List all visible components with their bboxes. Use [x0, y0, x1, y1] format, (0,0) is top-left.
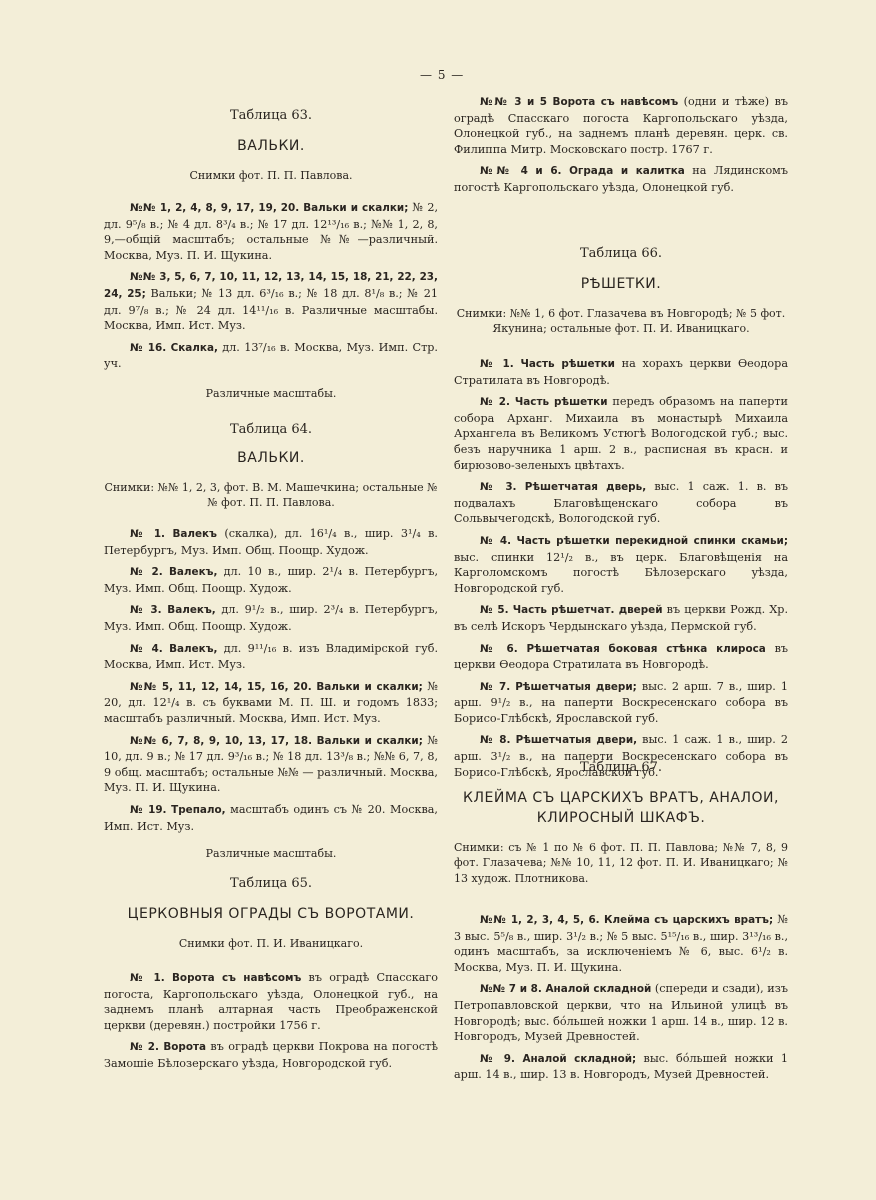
entry-number: № 19. Трепало,	[130, 804, 226, 816]
entry-number: №№ 6, 7, 8, 9, 10, 13, 17, 18. Вальки и …	[130, 735, 423, 747]
table-66-entries: № 1. Часть рѣшетки на хорахъ церкви Ѳеод…	[454, 356, 788, 786]
photo-credits: Снимки: №№ 1, 2, 3, фот. В. М. Машечкина…	[104, 480, 438, 511]
entry: № 19. Трепало, масштабъ одинъ съ № 20. М…	[104, 802, 438, 834]
entry-number: № 2. Часть рѣшетки	[480, 396, 608, 408]
entry-number: № 1. Часть рѣшетки	[480, 358, 615, 370]
entry: № 16. Скалка, дл. 13⁷/₁₆ в. Москва, Муз.…	[104, 340, 438, 372]
table-title: РѢШЕТКИ.	[454, 274, 788, 294]
entry-number: №№ 1, 2, 3, 4, 5, 6. Клейма съ царскихъ …	[480, 914, 773, 926]
entry: №№ 3 и 5 Ворота съ навѣсомъ (одни и тѣже…	[454, 94, 788, 157]
entry: № 2. Часть рѣшетки передъ образомъ на па…	[454, 394, 788, 473]
table-title: КЛЕЙМА СЪ ЦАРСКИХЪ ВРАТЪ, АНАЛОИ, КЛИРОС…	[454, 788, 788, 828]
photo-credits: Снимки фот. П. П. Павлова.	[104, 168, 438, 184]
entry: №№ 1, 2, 4, 8, 9, 17, 19, 20. Вальки и с…	[104, 200, 438, 263]
table-heading: Таблица 67.	[454, 760, 788, 776]
table-heading: Таблица 63.	[104, 108, 438, 124]
table-67: Таблица 67. КЛЕЙМА СЪ ЦАРСКИХЪ ВРАТЪ, АН…	[454, 760, 788, 886]
entry-number: № 2. Валекъ,	[130, 566, 217, 578]
table-67-entries: №№ 1, 2, 3, 4, 5, 6. Клейма съ царскихъ …	[454, 912, 788, 1089]
table-title: ЦЕРКОВНЫЯ ОГРАДЫ СЪ ВОРОТАМИ.	[104, 904, 438, 924]
page-number: — 5 —	[420, 68, 464, 82]
entry: №№ 7 и 8. Аналой складной (спереди и сза…	[454, 981, 788, 1044]
entry: № 3. Рѣшетчатая дверь, выс. 1 саж. 1. в.…	[454, 479, 788, 527]
entry: №№ 4 и 6. Ограда и калитка на Лядинскомъ…	[454, 163, 788, 195]
entry-number: № 2. Ворота	[130, 1041, 206, 1053]
entry: №№ 3, 5, 6, 7, 10, 11, 12, 13, 14, 15, 1…	[104, 269, 438, 333]
entry-text: Вальки; № 13 дл. 6³/₁₆ в.; № 18 дл. 8¹/₈…	[104, 287, 438, 332]
entry: №№ 5, 11, 12, 14, 15, 16, 20. Вальки и с…	[104, 679, 438, 727]
table-63: Таблица 63. ВАЛЬКИ. Снимки фот. П. П. Па…	[104, 108, 438, 183]
entry-number: №№ 7 и 8. Аналой складной	[480, 983, 651, 995]
entry-number: №№ 4 и 6. Ограда и калитка	[480, 165, 685, 177]
entry-text: выс. спинки 12¹/₂ в., въ церк. Благовѣще…	[454, 551, 788, 595]
entry: № 1. Ворота съ навѣсомъ въ оградѣ Спасск…	[104, 970, 438, 1033]
entry-number: № 4. Валекъ,	[130, 643, 217, 655]
entry: №№ 1, 2, 3, 4, 5, 6. Клейма съ царскихъ …	[454, 912, 788, 975]
table-title: ВАЛЬКИ.	[104, 448, 438, 468]
entry: № 6. Рѣшетчатая боковая стѣнка клироса в…	[454, 641, 788, 673]
scale-note: Различные масштабы.	[104, 386, 438, 402]
entry: № 1. Часть рѣшетки на хорахъ церкви Ѳеод…	[454, 356, 788, 388]
table-heading: Таблица 65.	[104, 876, 438, 892]
entry: №№ 6, 7, 8, 9, 10, 13, 17, 18. Вальки и …	[104, 733, 438, 796]
table-66: Таблица 66. РѢШЕТКИ. Снимки: №№ 1, 6 фот…	[454, 246, 788, 337]
entry-number: № 3. Валекъ,	[130, 604, 216, 616]
entry-number: № 3. Рѣшетчатая дверь,	[480, 481, 646, 493]
entry-number: № 5. Часть рѣшетчат. дверей	[480, 604, 662, 616]
entry: № 5. Часть рѣшетчат. дверей въ церкви Ро…	[454, 602, 788, 634]
table-heading: Таблица 66.	[454, 246, 788, 262]
entry: № 3. Валекъ, дл. 9¹/₂ в., шир. 2³/₄ в. П…	[104, 602, 438, 634]
entry-number: № 7. Рѣшетчатыя двери;	[480, 681, 637, 693]
photo-credits: Снимки: съ № 1 по № 6 фот. П. П. Павлова…	[454, 840, 788, 887]
entry-number: № 4. Часть рѣшетки перекидной спинки ска…	[480, 535, 788, 547]
table-64-entries: № 1. Валекъ (скалка), дл. 16¹/₄ в., шир.…	[104, 526, 438, 862]
entry: № 9. Аналой складной; выс. бóльшей ножки…	[454, 1051, 788, 1083]
photo-credits: Снимки: №№ 1, 6 фот. Глазачева въ Новгор…	[454, 306, 788, 337]
entry-number: №№ 3 и 5 Ворота съ навѣсомъ	[480, 96, 678, 108]
table-65-continued: №№ 3 и 5 Ворота съ навѣсомъ (одни и тѣже…	[454, 94, 788, 202]
entry: № 1. Валекъ (скалка), дл. 16¹/₄ в., шир.…	[104, 526, 438, 558]
table-title: ВАЛЬКИ.	[104, 136, 438, 156]
entry-number: № 6. Рѣшетчатая боковая стѣнка клироса	[480, 643, 766, 655]
entry-number: № 1. Ворота съ навѣсомъ	[130, 972, 301, 984]
entry-number: № 16. Скалка,	[130, 342, 218, 354]
entry-number: №№ 1, 2, 4, 8, 9, 17, 19, 20. Вальки и с…	[130, 202, 408, 214]
entry: № 2. Ворота въ оградѣ церкви Покрова на …	[104, 1039, 438, 1071]
entry: № 7. Рѣшетчатыя двери; выс. 2 арш. 7 в.,…	[454, 679, 788, 727]
table-63-entries: №№ 1, 2, 4, 8, 9, 17, 19, 20. Вальки и с…	[104, 200, 438, 402]
entry: № 2. Валекъ, дл. 10 в., шир. 2¹/₄ в. Пет…	[104, 564, 438, 596]
table-65-entries: № 1. Ворота съ навѣсомъ въ оградѣ Спасск…	[104, 970, 438, 1078]
entry-number: № 9. Аналой складной;	[480, 1053, 636, 1065]
table-64: Таблица 64. ВАЛЬКИ. Снимки: №№ 1, 2, 3, …	[104, 422, 438, 511]
entry-number: №№ 5, 11, 12, 14, 15, 16, 20. Вальки и с…	[130, 681, 423, 693]
entry: № 4. Валекъ, дл. 9¹¹/₁₆ в. изъ Владимірс…	[104, 641, 438, 673]
table-heading: Таблица 64.	[104, 422, 438, 438]
entry: № 4. Часть рѣшетки перекидной спинки ска…	[454, 533, 788, 596]
photo-credits: Снимки фот. П. И. Иваницкаго.	[104, 936, 438, 952]
entry-number: № 8. Рѣшетчатыя двери,	[480, 734, 637, 746]
entry-number: № 1. Валекъ	[130, 528, 217, 540]
scale-note: Различные масштабы.	[104, 846, 438, 862]
table-65: Таблица 65. ЦЕРКОВНЫЯ ОГРАДЫ СЪ ВОРОТАМИ…	[104, 876, 438, 951]
